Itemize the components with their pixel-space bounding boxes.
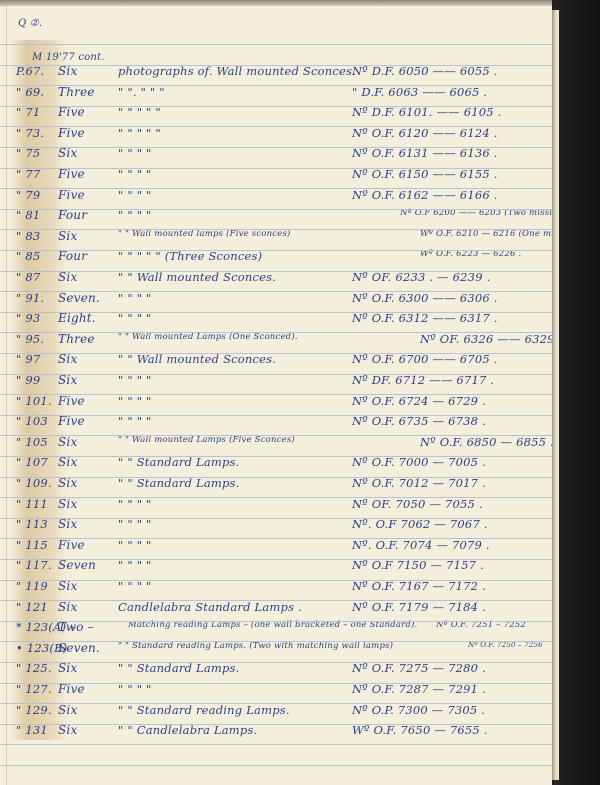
ruled-line xyxy=(0,724,552,725)
entry-numbers: Nº O.F. 6120 —— 6124 . xyxy=(352,126,498,140)
ruled-line xyxy=(0,147,552,148)
ruled-line xyxy=(0,703,552,704)
entry-numbers: Nº O.F. 7287 — 7291 . xyxy=(352,682,486,696)
list-item: " 111Six" " " "Nº OF. 7050 — 7055 . xyxy=(0,497,552,519)
ruled-line xyxy=(0,394,552,395)
list-item: " 103Five" " " "Nº O.F. 6735 — 6738 . xyxy=(0,414,552,436)
entry-numbers: Wº O.F. 6210 — 6216 (One missing) xyxy=(420,229,552,239)
list-item: " 121SixCandlelabra Standard Lamps .Nº O… xyxy=(0,600,552,622)
list-item: " 97Six" " Wall mounted Sconces.Nº O.F. … xyxy=(0,352,552,374)
list-item: * 123(A) –Two –Matching reading Lamps – … xyxy=(0,620,552,642)
entry-numbers: Nº O.F. 7167 — 7172 . xyxy=(352,579,486,593)
entry-description: " " Wall mounted Lamps (One Sconced). xyxy=(118,332,298,342)
entry-numbers: Nº O.F. 6162 —— 6166 . xyxy=(352,188,498,202)
entry-description: " " " " xyxy=(118,291,152,305)
entry-numbers: Nº O.F. 6735 — 6738 . xyxy=(352,414,486,428)
entry-count: Eight. xyxy=(58,311,96,325)
list-item: " 129.Six" " Standard reading Lamps.Nº O… xyxy=(0,703,552,725)
entry-ref: " 91. xyxy=(16,291,44,305)
ruled-line xyxy=(0,559,552,560)
entry-numbers: " D.F. 6063 —— 6065 . xyxy=(352,85,487,99)
ruled-line xyxy=(0,271,552,272)
ruled-line xyxy=(0,85,552,86)
list-item: " 99Six" " " "Nº DF. 6712 —— 6717 . xyxy=(0,373,552,395)
ruled-line xyxy=(0,332,552,333)
entry-description: " " Standard Lamps. xyxy=(118,476,240,490)
list-item: " 69.Three" ". " " "" D.F. 6063 —— 6065 … xyxy=(0,85,552,107)
entry-ref: " 87 xyxy=(16,270,40,284)
entry-numbers: Nº O.F. 6300 —— 6306 . xyxy=(352,291,498,305)
list-item: " 119Six" " " "Nº O.F. 7167 — 7172 . xyxy=(0,579,552,601)
list-item: " 113Six" " " "Nº. O.F 7062 — 7067 . xyxy=(0,517,552,539)
ruled-line xyxy=(0,106,552,107)
entry-description: " " Wall mounted Lamps (Five Sconces) xyxy=(118,435,295,445)
entry-ref: " 93 xyxy=(16,311,40,325)
ruled-line xyxy=(0,250,552,251)
entry-count: Five xyxy=(58,105,85,119)
entry-description: " " " " " (Three Sconces) xyxy=(118,249,262,263)
entry-description: " " Wall mounted Sconces. xyxy=(118,352,276,366)
entry-count: Five xyxy=(58,394,85,408)
ruled-line xyxy=(0,312,552,313)
entry-ref: " 117. xyxy=(16,558,52,572)
list-item: " 105Six" " Wall mounted Lamps (Five Sco… xyxy=(0,435,552,457)
entry-numbers: Nº. O.F 7062 — 7067 . xyxy=(352,517,488,531)
entry-description: " " " " xyxy=(118,538,152,552)
entry-numbers: Nº O.F. 6724 — 6729 . xyxy=(352,394,486,408)
entry-ref: " 71 xyxy=(16,105,40,119)
entry-ref: " 103 xyxy=(16,414,48,428)
entry-numbers: Nº O.F. 6700 —— 6705 . xyxy=(352,352,498,366)
entry-count: Five xyxy=(58,188,85,202)
entry-numbers: Nº O.F. 6150 —— 6155 . xyxy=(352,167,498,181)
entry-ref: " 107 xyxy=(16,455,48,469)
ruled-line xyxy=(0,456,552,457)
list-item: " 93Eight." " " "Nº O.F. 6312 —— 6317 . xyxy=(0,311,552,333)
ruled-line xyxy=(0,662,552,663)
ruled-line xyxy=(0,353,552,354)
entry-count: Six xyxy=(58,146,77,160)
list-item: " 115Five" " " "Nº. O.F. 7074 — 7079 . xyxy=(0,538,552,560)
entry-count: Six xyxy=(58,373,77,387)
entry-count: Six xyxy=(58,229,77,243)
page-marker: Q ②. xyxy=(18,18,42,29)
list-item: " 91.Seven." " " "Nº O.F. 6300 —— 6306 . xyxy=(0,291,552,313)
ruled-line xyxy=(0,65,552,66)
entry-ref: " 77 xyxy=(16,167,40,181)
entry-description: " " " " xyxy=(118,188,152,202)
entry-description: " " Wall mounted lamps (Five sconces) xyxy=(118,229,291,239)
list-item: " 127.Five" " " "Nº O.F. 7287 — 7291 . xyxy=(0,682,552,704)
entry-description: " " " " xyxy=(118,414,152,428)
list-item: " 85Four" " " " " (Three Sconces)Wº O.F.… xyxy=(0,249,552,271)
entry-numbers: Nº O.F. 6131 —— 6136 . xyxy=(352,146,498,160)
entry-ref: " 101. xyxy=(16,394,52,408)
ruled-line xyxy=(0,435,552,436)
entry-numbers: Nº OF. 6326 —— 6329 . xyxy=(420,332,552,346)
entry-numbers: Nº O.F. 7012 — 7017 . xyxy=(352,476,486,490)
entry-description: " " " " xyxy=(118,394,152,408)
ruled-line xyxy=(0,374,552,375)
ruled-line xyxy=(0,641,552,642)
entry-ref: " 127. xyxy=(16,682,52,696)
entry-description: " " " " " xyxy=(118,105,161,119)
entry-description: " " " " xyxy=(118,167,152,181)
list-item: " 83Six" " Wall mounted lamps (Five scon… xyxy=(0,229,552,251)
entry-ref: " 83 xyxy=(16,229,40,243)
entry-numbers: Nº O.F. 6850 — 6855 . xyxy=(420,435,552,449)
entry-count: Three xyxy=(58,85,95,99)
entry-description: " " " " xyxy=(118,517,152,531)
entry-description: " " Standard Lamps. xyxy=(118,661,240,675)
entry-count: Five xyxy=(58,167,85,181)
ruled-line xyxy=(0,765,552,766)
entry-count: Five xyxy=(58,538,85,552)
ruled-line xyxy=(0,209,552,210)
entry-count: Six xyxy=(58,661,77,675)
entry-ref: P.67. xyxy=(16,64,44,78)
entry-ref: " 113 xyxy=(16,517,48,531)
entry-description: " " " " xyxy=(118,682,152,696)
list-item: " 75Six" " " "Nº O.F. 6131 —— 6136 . xyxy=(0,146,552,168)
entry-count: Seven. xyxy=(58,291,100,305)
entry-description: " " " " xyxy=(118,311,152,325)
entry-count: Six xyxy=(58,723,77,737)
entry-description: photographs of. Wall mounted Sconces. xyxy=(118,64,356,78)
entry-count: Six xyxy=(58,352,77,366)
entry-count: Six xyxy=(58,455,77,469)
entry-ref: " 115 xyxy=(16,538,48,552)
entry-count: Seven xyxy=(58,558,96,572)
ruled-line xyxy=(0,621,552,622)
list-item: " 95.Three" " Wall mounted Lamps (One Sc… xyxy=(0,332,552,354)
entry-numbers: Nº D.F. 6101. —— 6105 . xyxy=(352,105,502,119)
entry-count: Six xyxy=(58,435,77,449)
entry-count: Three xyxy=(58,332,95,346)
list-item: " 101.Five" " " "Nº O.F. 6724 — 6729 . xyxy=(0,394,552,416)
entry-ref: " 129. xyxy=(16,703,52,717)
ruled-line xyxy=(0,518,552,519)
entry-count: Six xyxy=(58,517,77,531)
ruled-line xyxy=(0,600,552,601)
ruled-line xyxy=(0,188,552,189)
entry-numbers: Wº O.F. 7650 — 7655 . xyxy=(352,723,488,737)
ruled-line xyxy=(0,538,552,539)
notebook-page: Q ②. M 19'77 cont. P.67.Sixphotographs o… xyxy=(0,0,552,785)
list-item: • 123(B)Seven." " Standard reading Lamps… xyxy=(0,641,552,663)
entry-description: " " " " " xyxy=(118,126,161,140)
entry-description: " " Standard reading Lamps. (Two with ma… xyxy=(118,641,393,651)
entry-numbers: Nº OF. 6233 . — 6239 . xyxy=(352,270,490,284)
ruled-line xyxy=(0,291,552,292)
list-item: " 87Six" " Wall mounted Sconces.Nº OF. 6… xyxy=(0,270,552,292)
entry-ref: " 121 xyxy=(16,600,48,614)
entry-count: Six xyxy=(58,600,77,614)
entry-numbers: Nº O.F 7150 — 7157 . xyxy=(352,558,484,572)
ruled-line xyxy=(0,229,552,230)
entry-description: " " Standard reading Lamps. xyxy=(118,703,290,717)
entry-ref: " 79 xyxy=(16,188,40,202)
entry-numbers: Nº O.F. 6312 —— 6317 . xyxy=(352,311,498,325)
entry-ref: " 99 xyxy=(16,373,40,387)
ruled-line xyxy=(0,744,552,745)
ruled-line xyxy=(0,415,552,416)
list-item: " 107Six" " Standard Lamps.Nº O.F. 7000 … xyxy=(0,455,552,477)
page-top-edge xyxy=(0,0,552,6)
list-item: " 77Five" " " "Nº O.F. 6150 —— 6155 . xyxy=(0,167,552,189)
entry-numbers: Nº DF. 6712 —— 6717 . xyxy=(352,373,494,387)
ruled-line xyxy=(0,477,552,478)
ruled-line xyxy=(0,580,552,581)
entry-ref: " 105 xyxy=(16,435,48,449)
entry-description: " ". " " " xyxy=(118,85,165,99)
list-item: " 109.Six" " Standard Lamps.Nº O.F. 7012… xyxy=(0,476,552,498)
entry-ref: " 73. xyxy=(16,126,44,140)
entry-count: Six xyxy=(58,64,77,78)
entry-count: Five xyxy=(58,126,85,140)
entry-ref: " 111 xyxy=(16,497,48,511)
entry-numbers: Nº O.F. 7179 — 7184 . xyxy=(352,600,486,614)
list-item: " 79Five" " " "Nº O.F. 6162 —— 6166 . xyxy=(0,188,552,210)
entry-ref: " 75 xyxy=(16,146,40,160)
ruled-line xyxy=(0,497,552,498)
entry-description: " " " " xyxy=(118,373,152,387)
entry-description: " " " " xyxy=(118,146,152,160)
entry-numbers: Nº. O.F. 7074 — 7079 . xyxy=(352,538,490,552)
entry-ref: " 109. xyxy=(16,476,52,490)
entry-count: Five xyxy=(58,414,85,428)
entry-numbers: Nº O.P. 7300 — 7305 . xyxy=(352,703,485,717)
entry-description: " " Wall mounted Sconces. xyxy=(118,270,276,284)
ruled-line xyxy=(0,126,552,127)
entry-description: " " " " xyxy=(118,579,152,593)
list-item: " 71Five" " " " "Nº D.F. 6101. —— 6105 . xyxy=(0,105,552,127)
list-item: P.67.Sixphotographs of. Wall mounted Sco… xyxy=(0,64,552,86)
entry-ref: " 85 xyxy=(16,249,40,263)
list-item: " 125.Six" " Standard Lamps.Nº O.F. 7275… xyxy=(0,661,552,683)
entry-count: Six xyxy=(58,703,77,717)
entry-description: " " " " xyxy=(118,208,152,222)
entry-numbers: Nº O.F. 7000 — 7005 . xyxy=(352,455,486,469)
page-heading: M 19'77 cont. xyxy=(32,52,105,63)
list-item: " 73.Five" " " " "Nº O.F. 6120 —— 6124 . xyxy=(0,126,552,148)
entry-count: Two – xyxy=(58,620,94,634)
entry-count: Four xyxy=(58,208,87,222)
list-item: " 81Four" " " "Nº O.F 6200 —— 6203 (Two … xyxy=(0,208,552,230)
entry-count: Six xyxy=(58,270,77,284)
entry-numbers: Nº O.F. 7275 — 7280 . xyxy=(352,661,486,675)
entry-count: Six xyxy=(58,497,77,511)
entry-ref: " 95. xyxy=(16,332,44,346)
entry-ref: " 125. xyxy=(16,661,52,675)
entry-ref: " 131 xyxy=(16,723,48,737)
entry-description: Candlelabra Standard Lamps . xyxy=(118,600,302,614)
entry-description: " " Standard Lamps. xyxy=(118,455,240,469)
entry-ref: " 69. xyxy=(16,85,44,99)
entry-ref: " 119 xyxy=(16,579,48,593)
ruled-line xyxy=(0,44,552,45)
entry-description: " " Candlelabra Lamps. xyxy=(118,723,257,737)
list-item: " 117.Seven" " " "Nº O.F 7150 — 7157 . xyxy=(0,558,552,580)
entry-count: Five xyxy=(58,682,85,696)
ruled-line xyxy=(0,683,552,684)
ruled-line xyxy=(0,168,552,169)
list-item: " 131Six" " Candlelabra Lamps.Wº O.F. 76… xyxy=(0,723,552,745)
entry-ref: " 97 xyxy=(16,352,40,366)
entry-count: Four xyxy=(58,249,87,263)
entry-count: Seven. xyxy=(58,641,100,655)
entry-count: Six xyxy=(58,476,77,490)
entry-count: Six xyxy=(58,579,77,593)
entry-description: " " " " xyxy=(118,558,152,572)
entry-description: " " " " xyxy=(118,497,152,511)
entry-ref: " 81 xyxy=(16,208,40,222)
entry-numbers: Nº OF. 7050 — 7055 . xyxy=(352,497,483,511)
entry-numbers: Nº D.F. 6050 —— 6055 . xyxy=(352,64,498,78)
